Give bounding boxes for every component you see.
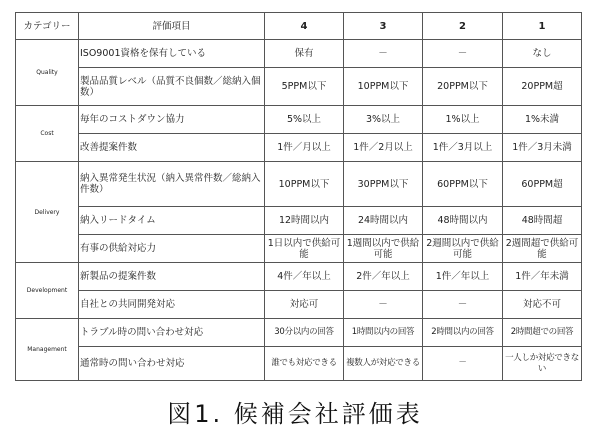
category-management: Management: [16, 319, 79, 381]
table-row: 改善提案件数 1件／月以上 1件／2月以上 1件／3月以上 1件／3月未満: [16, 134, 582, 162]
score-2: －: [423, 347, 503, 381]
score-1: なし: [503, 40, 582, 68]
score-2: 1件／年以上: [423, 263, 503, 291]
table-row: Quality ISO9001資格を保有している 保有 － － なし: [16, 40, 582, 68]
header-score-4: 4: [265, 13, 344, 40]
score-3: 10PPM以下: [344, 68, 423, 106]
item-label: 通常時の問い合わせ対応: [79, 347, 265, 381]
table-row: Development 新製品の提案件数 4件／年以上 2件／年以上 1件／年以…: [16, 263, 582, 291]
score-2: 2時間以内の回答: [423, 319, 503, 347]
score-4: 誰でも対応できる: [265, 347, 344, 381]
score-1: 1%未満: [503, 106, 582, 134]
score-2: 2週間以内で供給可能: [423, 235, 503, 263]
item-label: 製品品質レベル（品質不良個数／総納入個数）: [79, 68, 265, 106]
score-1: 2週間超で供給可能: [503, 235, 582, 263]
score-4: 1件／月以上: [265, 134, 344, 162]
table-row: Cost 毎年のコストダウン協力 5%以上 3%以上 1%以上 1%未満: [16, 106, 582, 134]
header-category: カテゴリー: [16, 13, 79, 40]
category-delivery: Delivery: [16, 162, 79, 263]
item-label: 有事の供給対応力: [79, 235, 265, 263]
score-2: 20PPM以下: [423, 68, 503, 106]
score-3: 1時間以内の回答: [344, 319, 423, 347]
score-4: 保有: [265, 40, 344, 68]
score-4: 対応可: [265, 291, 344, 319]
score-2: 48時間以内: [423, 207, 503, 235]
score-1: 一人しか対応できない: [503, 347, 582, 381]
score-2: 1%以上: [423, 106, 503, 134]
score-3: 複数人が対応できる: [344, 347, 423, 381]
score-2: 1件／3月以上: [423, 134, 503, 162]
score-1: 60PPM超: [503, 162, 582, 207]
score-2: －: [423, 40, 503, 68]
category-development: Development: [16, 263, 79, 319]
item-label: 納入リードタイム: [79, 207, 265, 235]
table-row: Management トラブル時の問い合わせ対応 30分以内の回答 1時間以内の…: [16, 319, 582, 347]
score-1: 1件／年未満: [503, 263, 582, 291]
header-item: 評価項目: [79, 13, 265, 40]
evaluation-table: カテゴリー 評価項目 4 3 2 1 Quality ISO9001資格を保有し…: [15, 12, 582, 381]
item-label: 改善提案件数: [79, 134, 265, 162]
score-4: 4件／年以上: [265, 263, 344, 291]
category-cost: Cost: [16, 106, 79, 162]
score-1: 1件／3月未満: [503, 134, 582, 162]
item-label: 自社との共同開発対応: [79, 291, 265, 319]
score-2: －: [423, 291, 503, 319]
figure-caption: 図1. 候補会社評価表: [0, 394, 590, 429]
score-2: 60PPM以下: [423, 162, 503, 207]
table-row: 製品品質レベル（品質不良個数／総納入個数） 5PPM以下 10PPM以下 20P…: [16, 68, 582, 106]
header-score-1: 1: [503, 13, 582, 40]
score-1: 対応不可: [503, 291, 582, 319]
score-4: 12時間以内: [265, 207, 344, 235]
score-1: 2時間超での回答: [503, 319, 582, 347]
score-4: 5PPM以下: [265, 68, 344, 106]
score-3: －: [344, 291, 423, 319]
score-1: 48時間超: [503, 207, 582, 235]
table-row: 通常時の問い合わせ対応 誰でも対応できる 複数人が対応できる － 一人しか対応で…: [16, 347, 582, 381]
header-score-2: 2: [423, 13, 503, 40]
item-label: 納入異常発生状況（納入異常件数／総納入件数）: [79, 162, 265, 207]
category-quality: Quality: [16, 40, 79, 106]
item-label: 新製品の提案件数: [79, 263, 265, 291]
score-3: －: [344, 40, 423, 68]
score-3: 3%以上: [344, 106, 423, 134]
item-label: ISO9001資格を保有している: [79, 40, 265, 68]
score-4: 1日以内で供給可能: [265, 235, 344, 263]
item-label: 毎年のコストダウン協力: [79, 106, 265, 134]
table-row: 納入リードタイム 12時間以内 24時間以内 48時間以内 48時間超: [16, 207, 582, 235]
table-row: 自社との共同開発対応 対応可 － － 対応不可: [16, 291, 582, 319]
header-score-3: 3: [344, 13, 423, 40]
score-3: 1週間以内で供給可能: [344, 235, 423, 263]
score-4: 5%以上: [265, 106, 344, 134]
score-3: 1件／2月以上: [344, 134, 423, 162]
score-4: 30分以内の回答: [265, 319, 344, 347]
score-3: 24時間以内: [344, 207, 423, 235]
score-4: 10PPM以下: [265, 162, 344, 207]
item-label: トラブル時の問い合わせ対応: [79, 319, 265, 347]
table-row: 有事の供給対応力 1日以内で供給可能 1週間以内で供給可能 2週間以内で供給可能…: [16, 235, 582, 263]
score-3: 2件／年以上: [344, 263, 423, 291]
score-1: 20PPM超: [503, 68, 582, 106]
score-3: 30PPM以下: [344, 162, 423, 207]
header-row: カテゴリー 評価項目 4 3 2 1: [16, 13, 582, 40]
table-row: Delivery 納入異常発生状況（納入異常件数／総納入件数） 10PPM以下 …: [16, 162, 582, 207]
